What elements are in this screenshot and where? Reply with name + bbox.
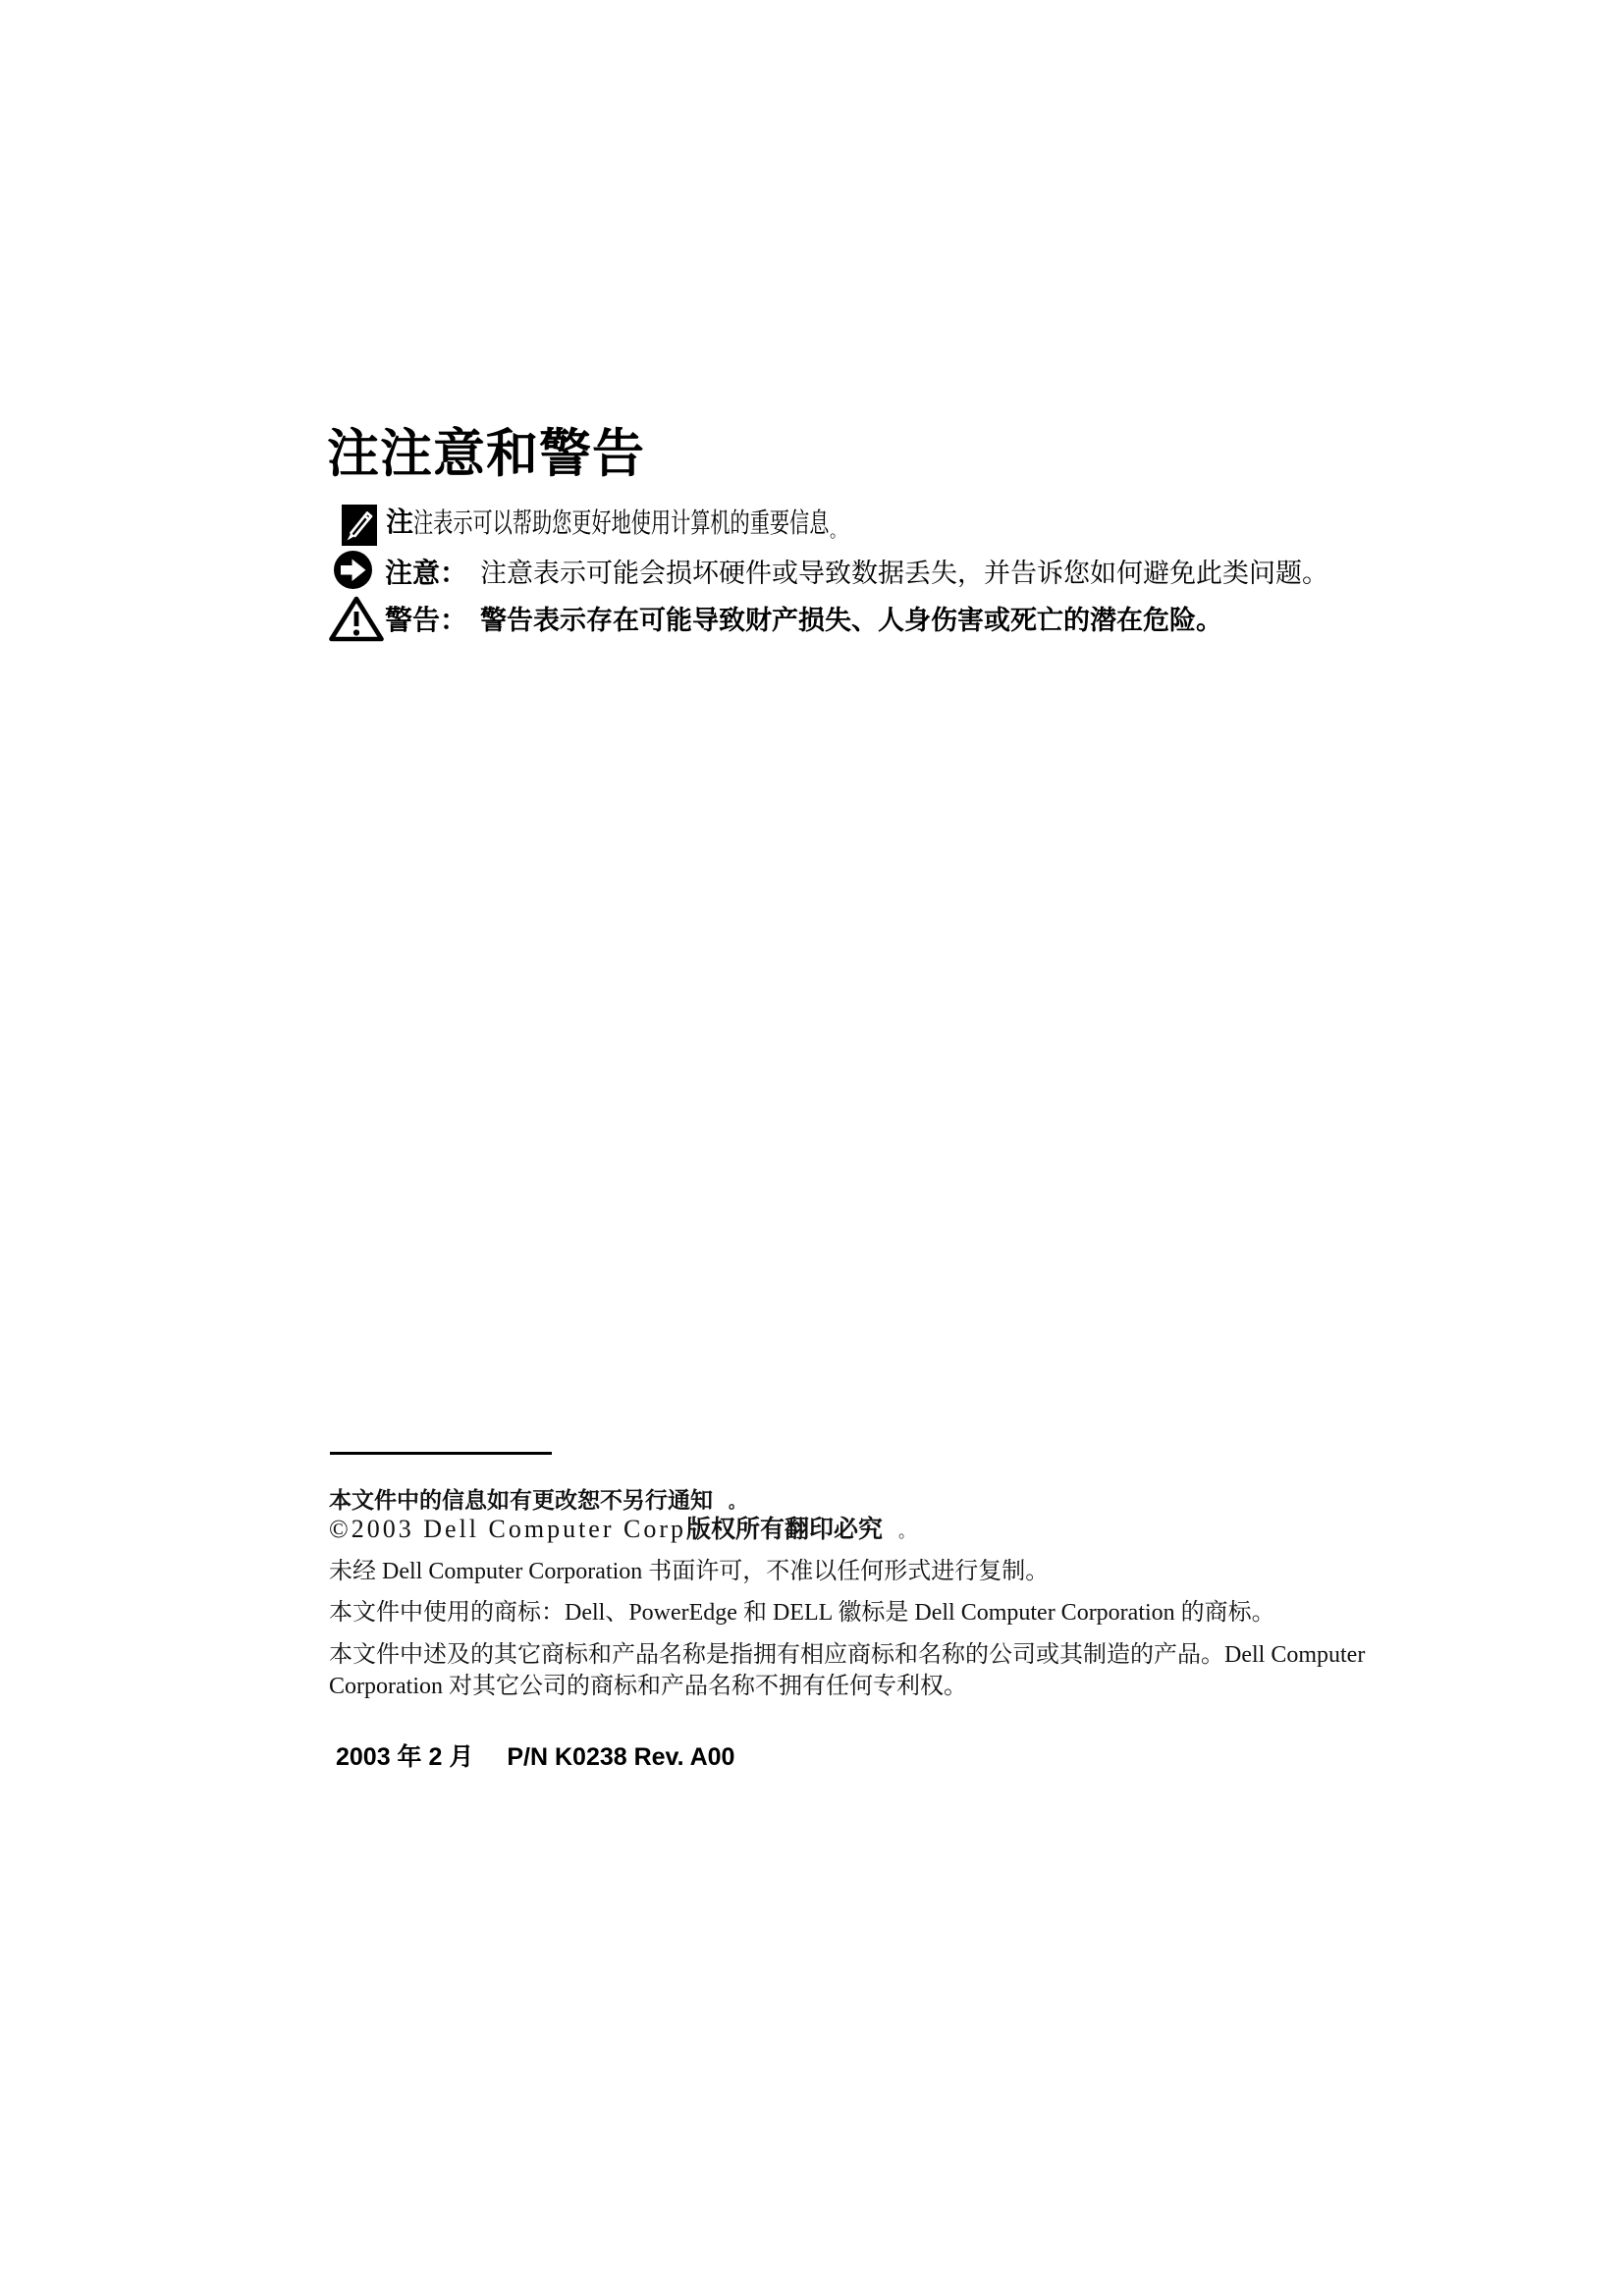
copyright-latin: ©2003 Dell Computer Corp: [329, 1515, 686, 1543]
note-text: 注表示可以帮助您更好地使用计算机的重要信息: [413, 509, 829, 537]
notice-label: 注意：: [385, 558, 467, 588]
note-pencil-icon: [342, 505, 377, 546]
copyright-cjk: 版权所有翻印必究: [686, 1517, 883, 1543]
note-label: 注: [386, 508, 413, 536]
warning-triangle-icon: [329, 596, 384, 642]
trademarks-line-2: 本文件中述及的其它商标和产品名称是指拥有相应商标和名称的公司或其制造的产品。De…: [329, 1639, 1409, 1702]
warning-label: 警告：: [385, 605, 467, 635]
page-title: 注注意和警告: [327, 428, 645, 480]
copyright-period: 。: [898, 1522, 915, 1541]
notice-text: 注意表示可能会损坏硬件或导致数据丢失，并告诉您如何避免此类问题。: [480, 559, 1328, 588]
document-page: 注注意和警告 注 注表示可以帮助您更好地使用计算机的重要信息 。 注意：注意表示…: [0, 0, 1624, 2296]
permission-line: 未经 Dell Computer Corporation 书面许可，不准以任何形…: [329, 1557, 1049, 1587]
change-notice-line: 本文件中的信息如有更改恕不另行通知。: [329, 1486, 745, 1515]
notice-line: 注意：注意表示可能会损坏硬件或导致数据丢失，并告诉您如何避免此类问题。: [385, 560, 1328, 587]
change-notice-text: 本文件中的信息如有更改恕不另行通知: [329, 1488, 713, 1513]
trademarks-line-1: 本文件中使用的商标：Dell、PowerEdge 和 DELL 徽标是 Dell…: [329, 1598, 1275, 1629]
note-period: 。: [830, 523, 846, 540]
part-number: P/N K0238 Rev. A00: [507, 1743, 734, 1771]
warning-line: 警告：警告表示存在可能导致财产损失、人身伤害或死亡的潜在危险。: [385, 607, 1222, 634]
change-notice-period: 。: [729, 1493, 745, 1512]
copyright-line: ©2003 Dell Computer Corp版权所有翻印必究。: [329, 1513, 915, 1546]
footnote-divider: [330, 1452, 552, 1455]
publication-date: 2003 年 2 月: [336, 1743, 473, 1771]
publication-info: 2003 年 2 月P/N K0238 Rev. A00: [336, 1745, 734, 1770]
warning-text: 警告表示存在可能导致财产损失、人身伤害或死亡的潜在危险。: [480, 606, 1222, 635]
notice-arrow-icon: [334, 551, 372, 589]
